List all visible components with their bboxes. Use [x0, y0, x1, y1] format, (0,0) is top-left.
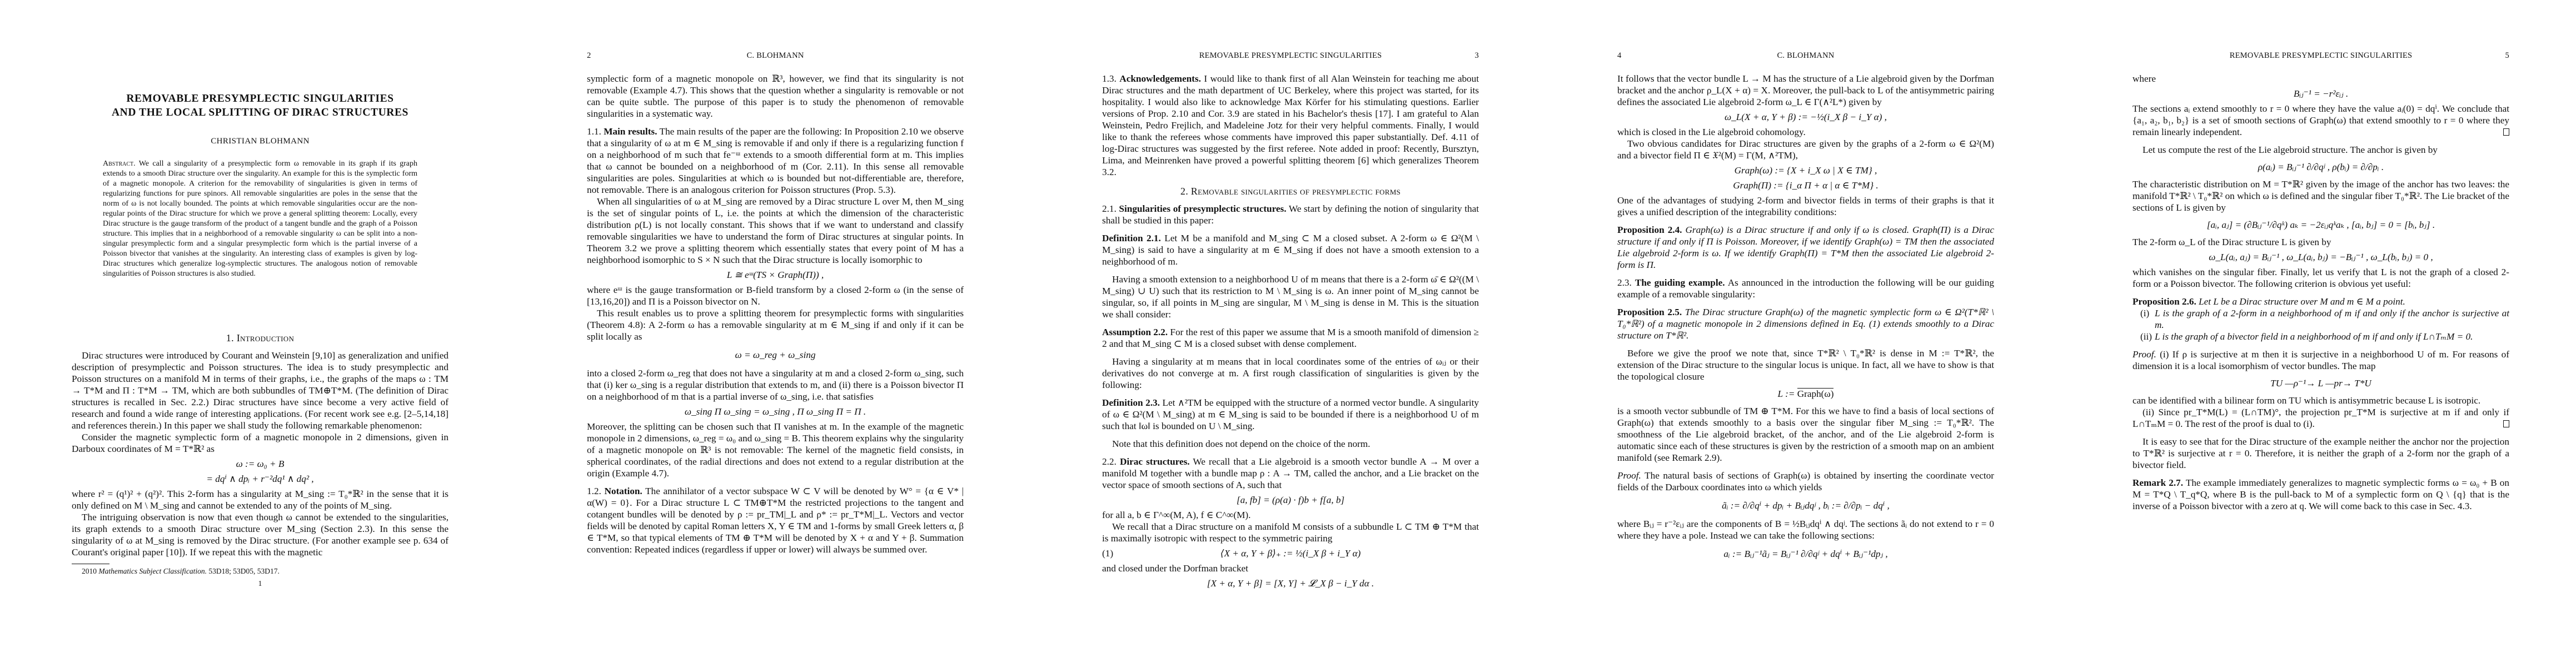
page-number: 3	[1475, 51, 1479, 61]
running-head: REMOVABLE PRESYMPLECTIC SINGULARITIES 3	[1102, 51, 1479, 63]
section-title: 1. Introduction	[72, 332, 449, 344]
paragraph: where r² = (q¹)² + (q²)². This 2-form ha…	[72, 488, 449, 511]
running-head: 2 C. BLOHMANN	[587, 51, 964, 63]
paragraph: is a smooth vector subbundle of TM ⊕ T*M…	[1617, 405, 1994, 464]
page-4-body: It follows that the vector bundle L → M …	[1617, 73, 1994, 566]
equation: [a, fb] = (ρ(a) · f)b + f[a, b]	[1102, 494, 1479, 506]
equation: ω_sing Π ω_sing = ω_sing , Π ω_sing Π = …	[587, 406, 964, 417]
subsection-notation: 1.2. Notation. The annihilator of a vect…	[587, 485, 964, 555]
paragraph: This result enables us to prove a splitt…	[587, 307, 964, 342]
footnote: 2010 Mathematics Subject Classification.…	[72, 566, 449, 576]
paragraph: One of the advantages of studying 2-form…	[1617, 195, 1994, 218]
paragraph: Let us compute the rest of the Lie algeb…	[2132, 144, 2509, 156]
paragraph: which vanishes on the singular fiber. Fi…	[2132, 266, 2509, 290]
abstract-text: We call a singularity of a presymplectic…	[103, 160, 417, 278]
page-3-body: 1.3. Acknowledgements. I would like to t…	[1102, 73, 1479, 593]
running-title: C. BLOHMANN	[1617, 51, 1994, 61]
equation-1: (1) ⟨X + α, Y + β⟩₊ := ½(i_X β + i_Y α)	[1102, 547, 1479, 559]
page-2-body: symplectic form of a magnetic monopole o…	[587, 73, 964, 555]
paragraph: Note that this definition does not depen…	[1102, 438, 1479, 450]
proposition-2-5: Proposition 2.5. The Dirac structure Gra…	[1617, 306, 1994, 341]
remark-2-7: Remark 2.7. The example immediately gene…	[2132, 477, 2509, 512]
page-4: 4 C. BLOHMANN It follows that the vector…	[1546, 0, 2061, 667]
paragraph: When all singularities of ω at M_sing ar…	[587, 196, 964, 266]
equation: ãᵢ := ∂/∂qⁱ + dpᵢ + Bᵢⱼdqʲ , bᵢ := ∂/∂pᵢ…	[1617, 500, 1994, 511]
proposition-2-6: Proposition 2.6. Let L be a Dirac struct…	[2132, 296, 2509, 307]
proposition-2-4: Proposition 2.4. Graph(ω) is a Dirac str…	[1617, 224, 1994, 271]
list-item: (ii)L is the graph of a bivector field i…	[2132, 331, 2509, 342]
equation: L ≅ eᵚ(TS × Graph(Π)) ,	[587, 269, 964, 281]
equation: Graph(ω) := {X + i_X ω | X ∈ TM} ,	[1617, 165, 1994, 176]
equation: ρ(aᵢ) = Bᵢⱼ⁻¹ ∂/∂qʲ , ρ(bᵢ) = ∂/∂pᵢ .	[2132, 161, 2509, 173]
running-head: REMOVABLE PRESYMPLECTIC SINGULARITIES 5	[2132, 51, 2509, 63]
paragraph: Moreover, the splitting can be chosen su…	[587, 421, 964, 479]
paragraph: where	[2132, 73, 2509, 84]
page-1-body: 1. Introduction Dirac structures were in…	[72, 328, 449, 589]
page-5: REMOVABLE PRESYMPLECTIC SINGULARITIES 5 …	[2061, 0, 2576, 667]
page-5-body: where Bᵢⱼ⁻¹ = −r²εᵢⱼ . The sections aᵢ e…	[2132, 73, 2509, 512]
paragraph: It follows that the vector bundle L → M …	[1617, 73, 1994, 108]
paragraph: symplectic form of a magnetic monopole o…	[587, 73, 964, 120]
paragraph: where eᵚ is the gauge transformation or …	[587, 284, 964, 307]
subsection-dirac-structures: 2.2. Dirac structures. We recall that a …	[1102, 456, 1479, 491]
equation: TU —ρ⁻¹→ L —pr→ T*U	[2132, 377, 2509, 389]
abstract-label: Abstract.	[103, 160, 136, 168]
proof: Proof. The natural basis of sections of …	[1617, 470, 1994, 493]
equation: ω_L(X + α, Y + β) := −½(i_X β − i_Y α) ,	[1617, 111, 1994, 123]
paragraph: Two obvious candidates for Dirac structu…	[1617, 138, 1994, 161]
paragraph: The intriguing observation is now that e…	[72, 511, 449, 558]
qed-icon	[2503, 128, 2509, 136]
paragraph: We recall that a Dirac structure on a ma…	[1102, 521, 1479, 544]
definition-2-3: Definition 2.3. Let ∧²TM be equipped wit…	[1102, 397, 1479, 432]
equation: = dqⁱ ∧ dpᵢ + r⁻²dq¹ ∧ dq² ,	[72, 473, 449, 485]
page-number: 1	[72, 578, 449, 589]
footnote-rule	[72, 564, 109, 564]
paragraph: The sections aᵢ extend smoothly to r = 0…	[2132, 103, 2509, 138]
running-title: C. BLOHMANN	[587, 51, 964, 61]
page-1: REMOVABLE PRESYMPLECTIC SINGULARITIES AN…	[0, 0, 515, 667]
running-title: REMOVABLE PRESYMPLECTIC SINGULARITIES	[2132, 51, 2509, 61]
paragraph: where Bᵢⱼ = r⁻²εᵢⱼ are the components of…	[1617, 518, 1994, 541]
equation: ω := ω₀ + B	[72, 458, 449, 470]
paragraph: and closed under the Dorfman bracket	[1102, 563, 1479, 574]
equation-number: (1)	[1102, 547, 1113, 559]
subsection-guiding-example: 2.3. The guiding example. As announced i…	[1617, 277, 1994, 300]
paragraph: Dirac structures were introduced by Cour…	[72, 350, 449, 431]
assumption-2-2: Assumption 2.2. For the rest of this pap…	[1102, 326, 1479, 350]
paragraph: (ii) Since pr_T*M(L) = (L∩TM)°, the proj…	[2132, 406, 2509, 430]
page-2: 2 C. BLOHMANN symplectic form of a magne…	[515, 0, 1030, 667]
definition-2-1: Definition 2.1. Let M be a manifold and …	[1102, 232, 1479, 267]
section-title: 2. Removable singularities of presymplec…	[1102, 186, 1479, 197]
subsection-main-results: 1.1. Main results. The main results of t…	[587, 126, 964, 196]
paragraph: can be identified with a bilinear form o…	[2132, 395, 2509, 406]
subsection-acknowledgements: 1.3. Acknowledgements. I would like to t…	[1102, 73, 1479, 178]
running-head: 4 C. BLOHMANN	[1617, 51, 1994, 63]
paragraph: which is closed in the Lie algebroid coh…	[1617, 126, 1994, 138]
equation: [X + α, Y + β] = [X, Y] + 𝓛_X β − i_Y dα…	[1102, 578, 1479, 589]
equation-closure: L := Graph(ω)	[1617, 388, 1994, 400]
paragraph: The characteristic distribution on M = T…	[2132, 178, 2509, 213]
page-number: 5	[2505, 51, 2509, 61]
qed-icon	[2503, 420, 2509, 427]
equation: [aᵢ, aⱼ] = (∂Bᵢⱼ⁻¹/∂qᵏ) aₖ = −2εᵢⱼqᵏaₖ ,…	[2132, 219, 2509, 231]
equation: Bᵢⱼ⁻¹ = −r²εᵢⱼ .	[2132, 88, 2509, 99]
paragraph: into a closed 2-form ω_reg that does not…	[587, 367, 964, 402]
author: CHRISTIAN BLOHMANN	[72, 137, 449, 146]
paragraph: Consider the magnetic symplectic form of…	[72, 431, 449, 455]
paragraph: The 2-form ω_L of the Dirac structure L …	[2132, 236, 2509, 248]
abstract: Abstract. We call a singularity of a pre…	[103, 159, 417, 279]
paragraph: Before we give the proof we note that, s…	[1617, 347, 1994, 382]
equation: aᵢ := Bᵢⱼ⁻¹ãⱼ = Bᵢⱼ⁻¹ ∂/∂qʲ + dqⁱ + Bᵢⱼ⁻…	[1617, 548, 1994, 560]
paragraph: Having a smooth extension to a neighborh…	[1102, 273, 1479, 320]
running-title: REMOVABLE PRESYMPLECTIC SINGULARITIES	[1102, 51, 1479, 61]
proof: Proof. (i) If ρ is surjective at m then …	[2132, 349, 2509, 372]
equation: Graph(Π) := {i_α Π + α | α ∈ T*M} .	[1617, 180, 1994, 191]
equation: ω = ω_reg + ω_sing	[587, 349, 964, 361]
equation: ω_L(aᵢ, aⱼ) = Bᵢⱼ⁻¹ , ω_L(aᵢ, bⱼ) = −Bᵢⱼ…	[2132, 251, 2509, 263]
subsection-singularities: 2.1. Singularities of presymplectic stru…	[1102, 203, 1479, 226]
list-item: (i)L is the graph of a 2-form in a neigh…	[2132, 307, 2509, 331]
paragraph: It is easy to see that for the Dirac str…	[2132, 436, 2509, 471]
paragraph: Having a singularity at m means that in …	[1102, 356, 1479, 391]
page-3: REMOVABLE PRESYMPLECTIC SINGULARITIES 3 …	[1030, 0, 1546, 667]
paragraph: for all a, b ∈ Γ^∞(M, A), f ∈ C^∞(M).	[1102, 509, 1479, 521]
paper-title: REMOVABLE PRESYMPLECTIC SINGULARITIES AN…	[72, 92, 449, 120]
